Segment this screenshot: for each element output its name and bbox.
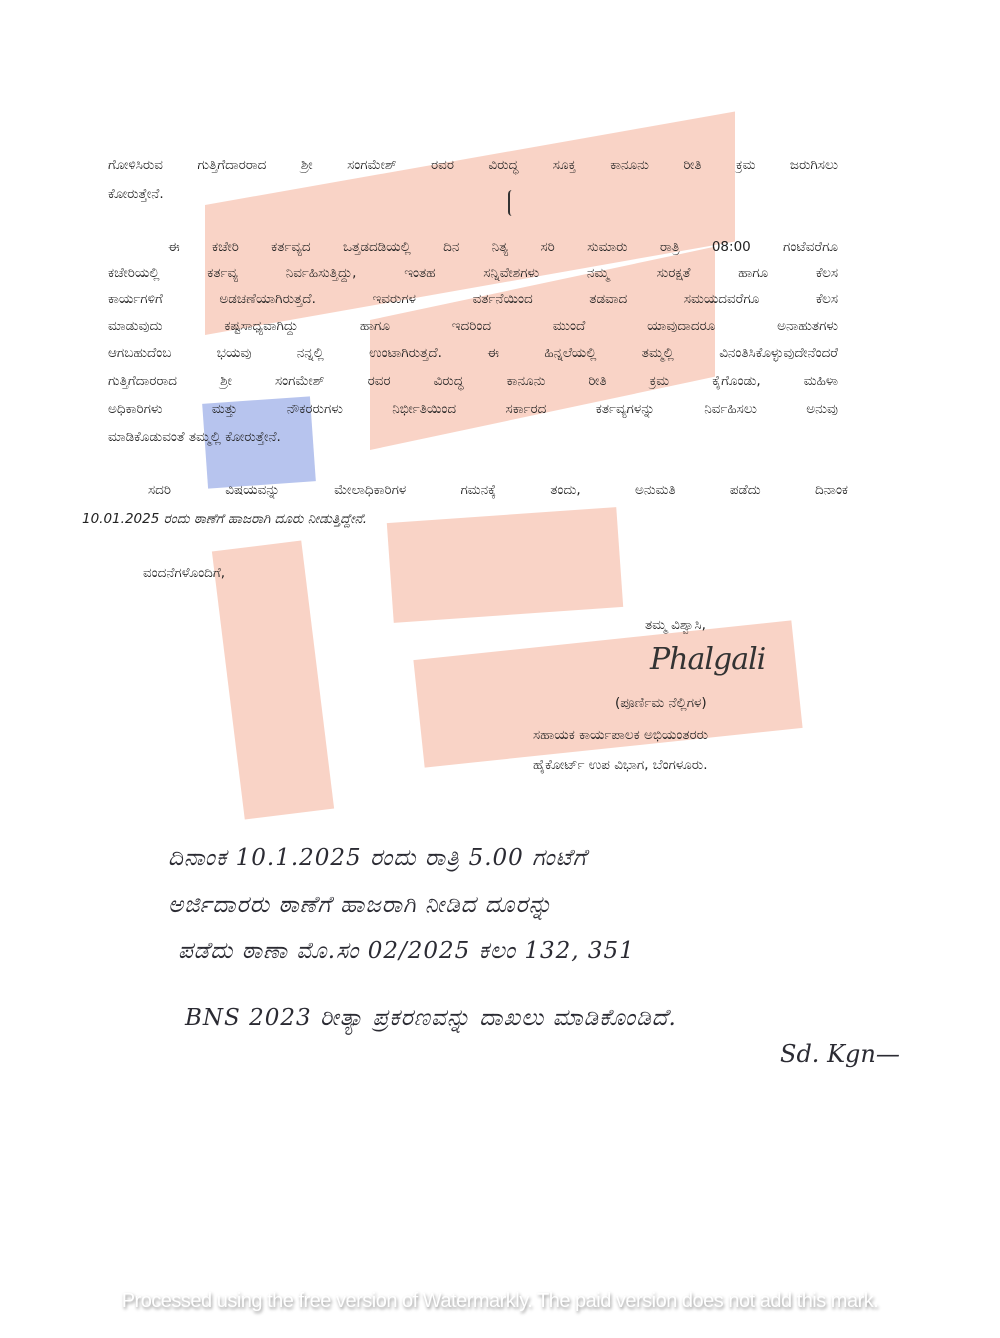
office-address: ಹೈಕೋರ್ಟ್ ಉಪ ವಿಭಾಗ, ಬೆಂಗಳೂರು. — [533, 752, 708, 778]
signature: Phalgali — [650, 642, 765, 677]
paragraph-line: ಗುತ್ತಿಗೆದಾರರಾದ ಶ್ರೀ ಸಂಗಮೇಶ್ ರವರ ವಿರುದ್ಧ … — [108, 368, 838, 394]
paragraph-line: 10.01.2025 ರಂದು ಠಾಣೆಗೆ ಹಾಜರಾಗಿ ದೂರು ನೀಡು… — [82, 506, 367, 532]
paragraph-line: ಈ ಕಚೇರಿ ಕರ್ತವ್ಯದ ಒತ್ತಡದಡಿಯಲ್ಲಿ ದಿನ ನಿತ್ಯ… — [168, 234, 838, 260]
paragraph-line: ಅಧಿಕಾರಿಗಳು ಮತ್ತು ನೌಕರರುಗಳು ನಿರ್ಭೀತಿಯಿಂದ … — [108, 396, 838, 422]
paragraph-line: ಗೋಳಿಸಿರುವ ಗುತ್ತಿಗೆದಾರರಾದ ಶ್ರೀ ಸಂಗಮೇಶ್ ರವ… — [108, 152, 838, 178]
paragraph-line: ಕಾರ್ಯಗಳಿಗೆ ಅಡಚಣೆಯಾಗಿರುತ್ತದೆ. ಇವರುಗಳ ವರ್ತ… — [108, 286, 838, 312]
handwritten-line: ದಿನಾಂಕ 10.1.2025 ರಂದು ರಾತ್ರಿ 5.00 ಗಂಟೆಗೆ — [168, 845, 587, 871]
paragraph-line: ಕೋರುತ್ತೇನೆ. — [108, 181, 164, 207]
handwritten-line: ಅರ್ಜಿದಾರರು ಠಾಣೆಗೆ ಹಾಜರಾಗಿ ನೀಡಿದ ದೂರನ್ನು — [168, 892, 553, 918]
paragraph-line: ಮಾಡುವುದು ಕಷ್ಟಸಾಧ್ಯವಾಗಿದ್ದು ಹಾಗೂ ಇದರಿಂದ ಮ… — [108, 313, 838, 339]
paragraph-line: ಕಚೇರಿಯಲ್ಲಿ ಕರ್ತವ್ಯ ನಿರ್ವಹಿಸುತ್ತಿದ್ದು, ಇಂ… — [108, 260, 838, 286]
pen-mark — [508, 190, 516, 216]
paragraph-line: ಮಾಡಿಕೊಡುವಂತೆ ತಮ್ಮಲ್ಲಿ ಕೋರುತ್ತೇನೆ. — [108, 424, 281, 450]
designation: ಸಹಾಯಕ ಕಾರ್ಯಪಾಲಕ ಅಭಿಯಂತರರು — [533, 722, 708, 748]
signatory-name: (ಪೂರ್ಣಿಮ ನೆಲ್ಲಿಗಳ) — [615, 690, 707, 716]
document-page: ಗೋಳಿಸಿರುವ ಗುತ್ತಿಗೆದಾರರಾದ ಶ್ರೀ ಸಂಗಮೇಶ್ ರವ… — [0, 0, 1000, 1338]
watermark-footer-text: Processed using the free version of Wate… — [0, 1290, 1000, 1313]
greeting: ವಂದನೆಗಳೊಂದಿಗೆ, — [143, 560, 225, 586]
letter-content: ಗೋಳಿಸಿರುವ ಗುತ್ತಿಗೆದಾರರಾದ ಶ್ರೀ ಸಂಗಮೇಶ್ ರವ… — [0, 0, 1000, 1338]
closing: ತಮ್ಮ ವಿಶ್ವಾಸಿ, — [645, 612, 706, 638]
paragraph-line: ಸದರಿ ವಿಷಯವನ್ನು ಮೇಲಾಧಿಕಾರಿಗಳ ಗಮನಕ್ಕೆ ತಂದು… — [148, 477, 848, 503]
officer-initials: Sd. Kgn— — [780, 1040, 900, 1068]
paragraph-line: ಆಗಬಹುದೆಂಬ ಭಯವು ನನ್ನಲ್ಲಿ ಉಂಟಾಗಿರುತ್ತದೆ. ಈ… — [108, 340, 838, 366]
handwritten-line: BNS 2023 ರೀತ್ಯಾ ಪ್ರಕರಣವನ್ನು ದಾಖಲು ಮಾಡಿಕೊ… — [185, 1005, 677, 1031]
handwritten-line: ಪಡೆದು ಠಾಣಾ ಮೊ.ಸಂ 02/2025 ಕಲಂ 132, 351 — [178, 938, 635, 964]
